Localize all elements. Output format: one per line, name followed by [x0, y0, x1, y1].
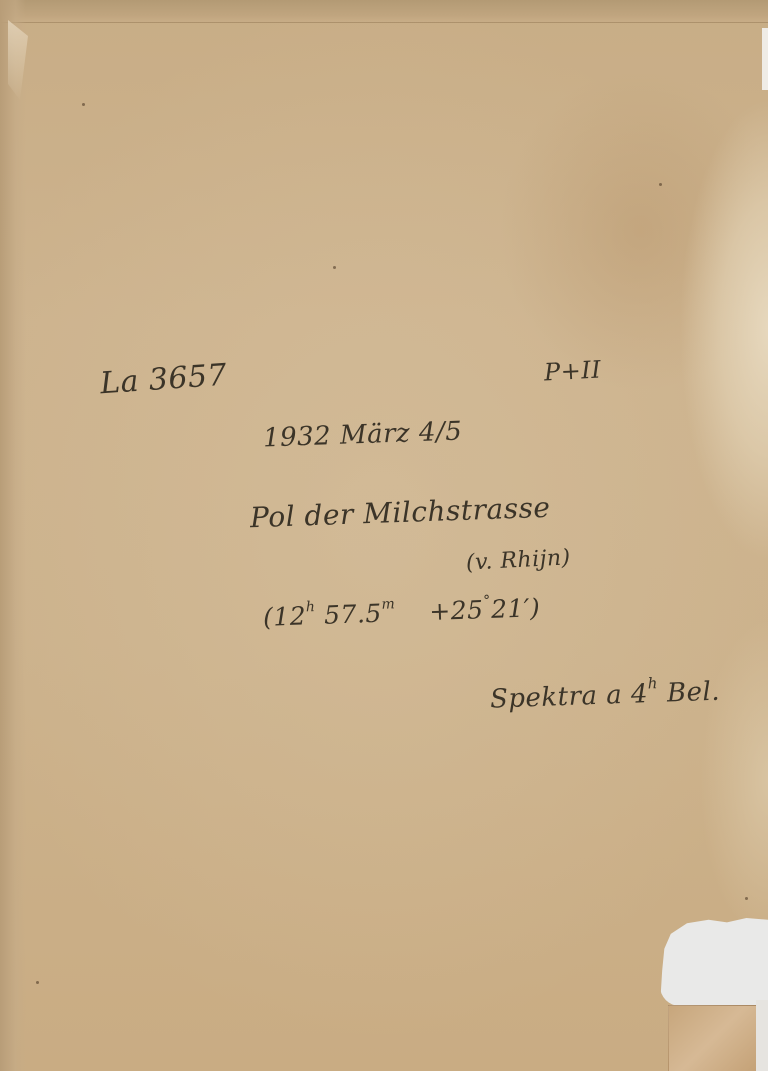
paper-speck	[745, 897, 748, 900]
exposure-label: Spektra	[490, 681, 598, 715]
paper-speck	[36, 981, 39, 984]
ra-minutes-unit: m	[381, 596, 395, 612]
paper-speck	[82, 103, 85, 106]
top-fold-flap	[0, 0, 768, 23]
date-year: 1932	[263, 421, 332, 453]
object-attribution: (v. Rhijn)	[465, 545, 571, 575]
ra-minutes: 57.5	[324, 599, 383, 630]
right-edge-background-bottom	[756, 1000, 768, 1071]
coordinates: (12h 57.5m +25°21′)	[263, 593, 541, 632]
date-days: 4/5	[418, 417, 462, 448]
repair-tape	[668, 1005, 757, 1071]
left-edge-crease	[0, 0, 26, 1071]
right-edge-background	[762, 28, 768, 90]
paper-speck	[659, 183, 662, 186]
target-object: Pol der Milchstrasse	[250, 491, 551, 534]
ra-hours-unit: h	[306, 599, 316, 615]
paper-speck	[333, 266, 336, 269]
dec-degree-unit: °	[483, 593, 491, 609]
torn-paper-patch	[660, 918, 768, 1006]
exposure-note: Spektra a 4h Bel.	[490, 676, 721, 715]
exposure-note-text: Bel.	[666, 677, 720, 709]
date-month: März	[339, 418, 410, 450]
declination-arcmin: 21	[491, 594, 525, 624]
coord-close-paren: )	[529, 593, 540, 622]
plate-type: P+II	[543, 356, 602, 387]
ra-hours: 12	[273, 601, 307, 631]
plate-envelope: La 3657 P+II 1932 März 4/5 Pol der Milch…	[0, 0, 768, 1071]
exposure-duration-unit: h	[647, 674, 658, 692]
observation-date: 1932 März 4/5	[263, 417, 463, 454]
declination-degrees: +25	[429, 595, 484, 626]
exposure-duration: 4	[631, 679, 649, 710]
exposure-prefix: a	[606, 680, 623, 711]
catalog-number: La 3657	[99, 358, 228, 402]
